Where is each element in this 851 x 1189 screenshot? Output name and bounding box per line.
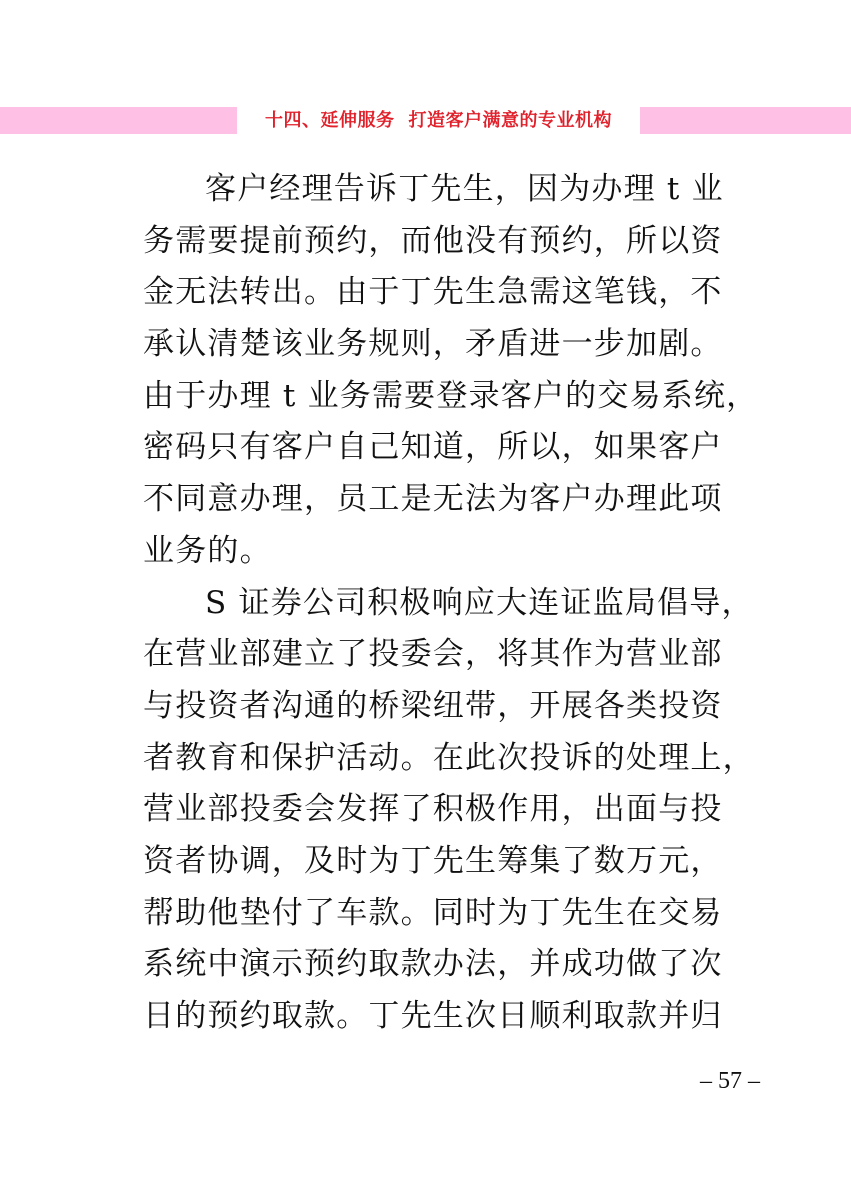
text-line: 密码只有客户自己知道，所以，如果客户 <box>143 422 743 474</box>
chapter-subtitle: 打造客户满意的专业机构 <box>409 110 613 131</box>
body-text: 客户经理告诉丁先生，因为办理 t 业 务需要提前预约，而他没有预约，所以资 金无… <box>143 164 743 1043</box>
header-band-right <box>640 107 851 134</box>
text-line: 在营业部建立了投委会，将其作为营业部 <box>143 629 743 681</box>
text-line: 营业部投委会发挥了积极作用，出面与投 <box>143 784 743 836</box>
text-line: S 证券公司积极响应大连证监局倡导， <box>143 578 743 630</box>
paragraph-1: 客户经理告诉丁先生，因为办理 t 业 务需要提前预约，而他没有预约，所以资 金无… <box>143 164 743 578</box>
page-number: – 57 – <box>700 1068 760 1095</box>
text-line: 与投资者沟通的桥梁纽带，开展各类投资 <box>143 681 743 733</box>
text-line: 系统中演示预约取款办法，并成功做了次 <box>143 939 743 991</box>
text-line: 业务的。 <box>143 526 743 578</box>
text-line: 客户经理告诉丁先生，因为办理 t 业 <box>143 164 743 216</box>
running-head: 十四、延伸服务打造客户满意的专业机构 <box>237 106 640 135</box>
text-line: 由于办理 t 业务需要登录客户的交易系统， <box>143 371 743 423</box>
header-band-left <box>0 107 237 134</box>
text-line: 日的预约取款。丁先生次日顺利取款并归 <box>143 991 743 1043</box>
text-line: 不同意办理，员工是无法为客户办理此项 <box>143 474 743 526</box>
chapter-title: 十四、延伸服务 <box>265 110 395 131</box>
text-line: 帮助他垫付了车款。同时为丁先生在交易 <box>143 888 743 940</box>
paragraph-2: S 证券公司积极响应大连证监局倡导， 在营业部建立了投委会，将其作为营业部 与投… <box>143 578 743 1043</box>
text-line: 资者协调，及时为丁先生筹集了数万元， <box>143 836 743 888</box>
text-line: 金无法转出。由于丁先生急需这笔钱，不 <box>143 267 743 319</box>
text-line: 务需要提前预约，而他没有预约，所以资 <box>143 216 743 268</box>
text-line: 承认清楚该业务规则，矛盾进一步加剧。 <box>143 319 743 371</box>
text-line: 者教育和保护活动。在此次投诉的处理上， <box>143 733 743 785</box>
